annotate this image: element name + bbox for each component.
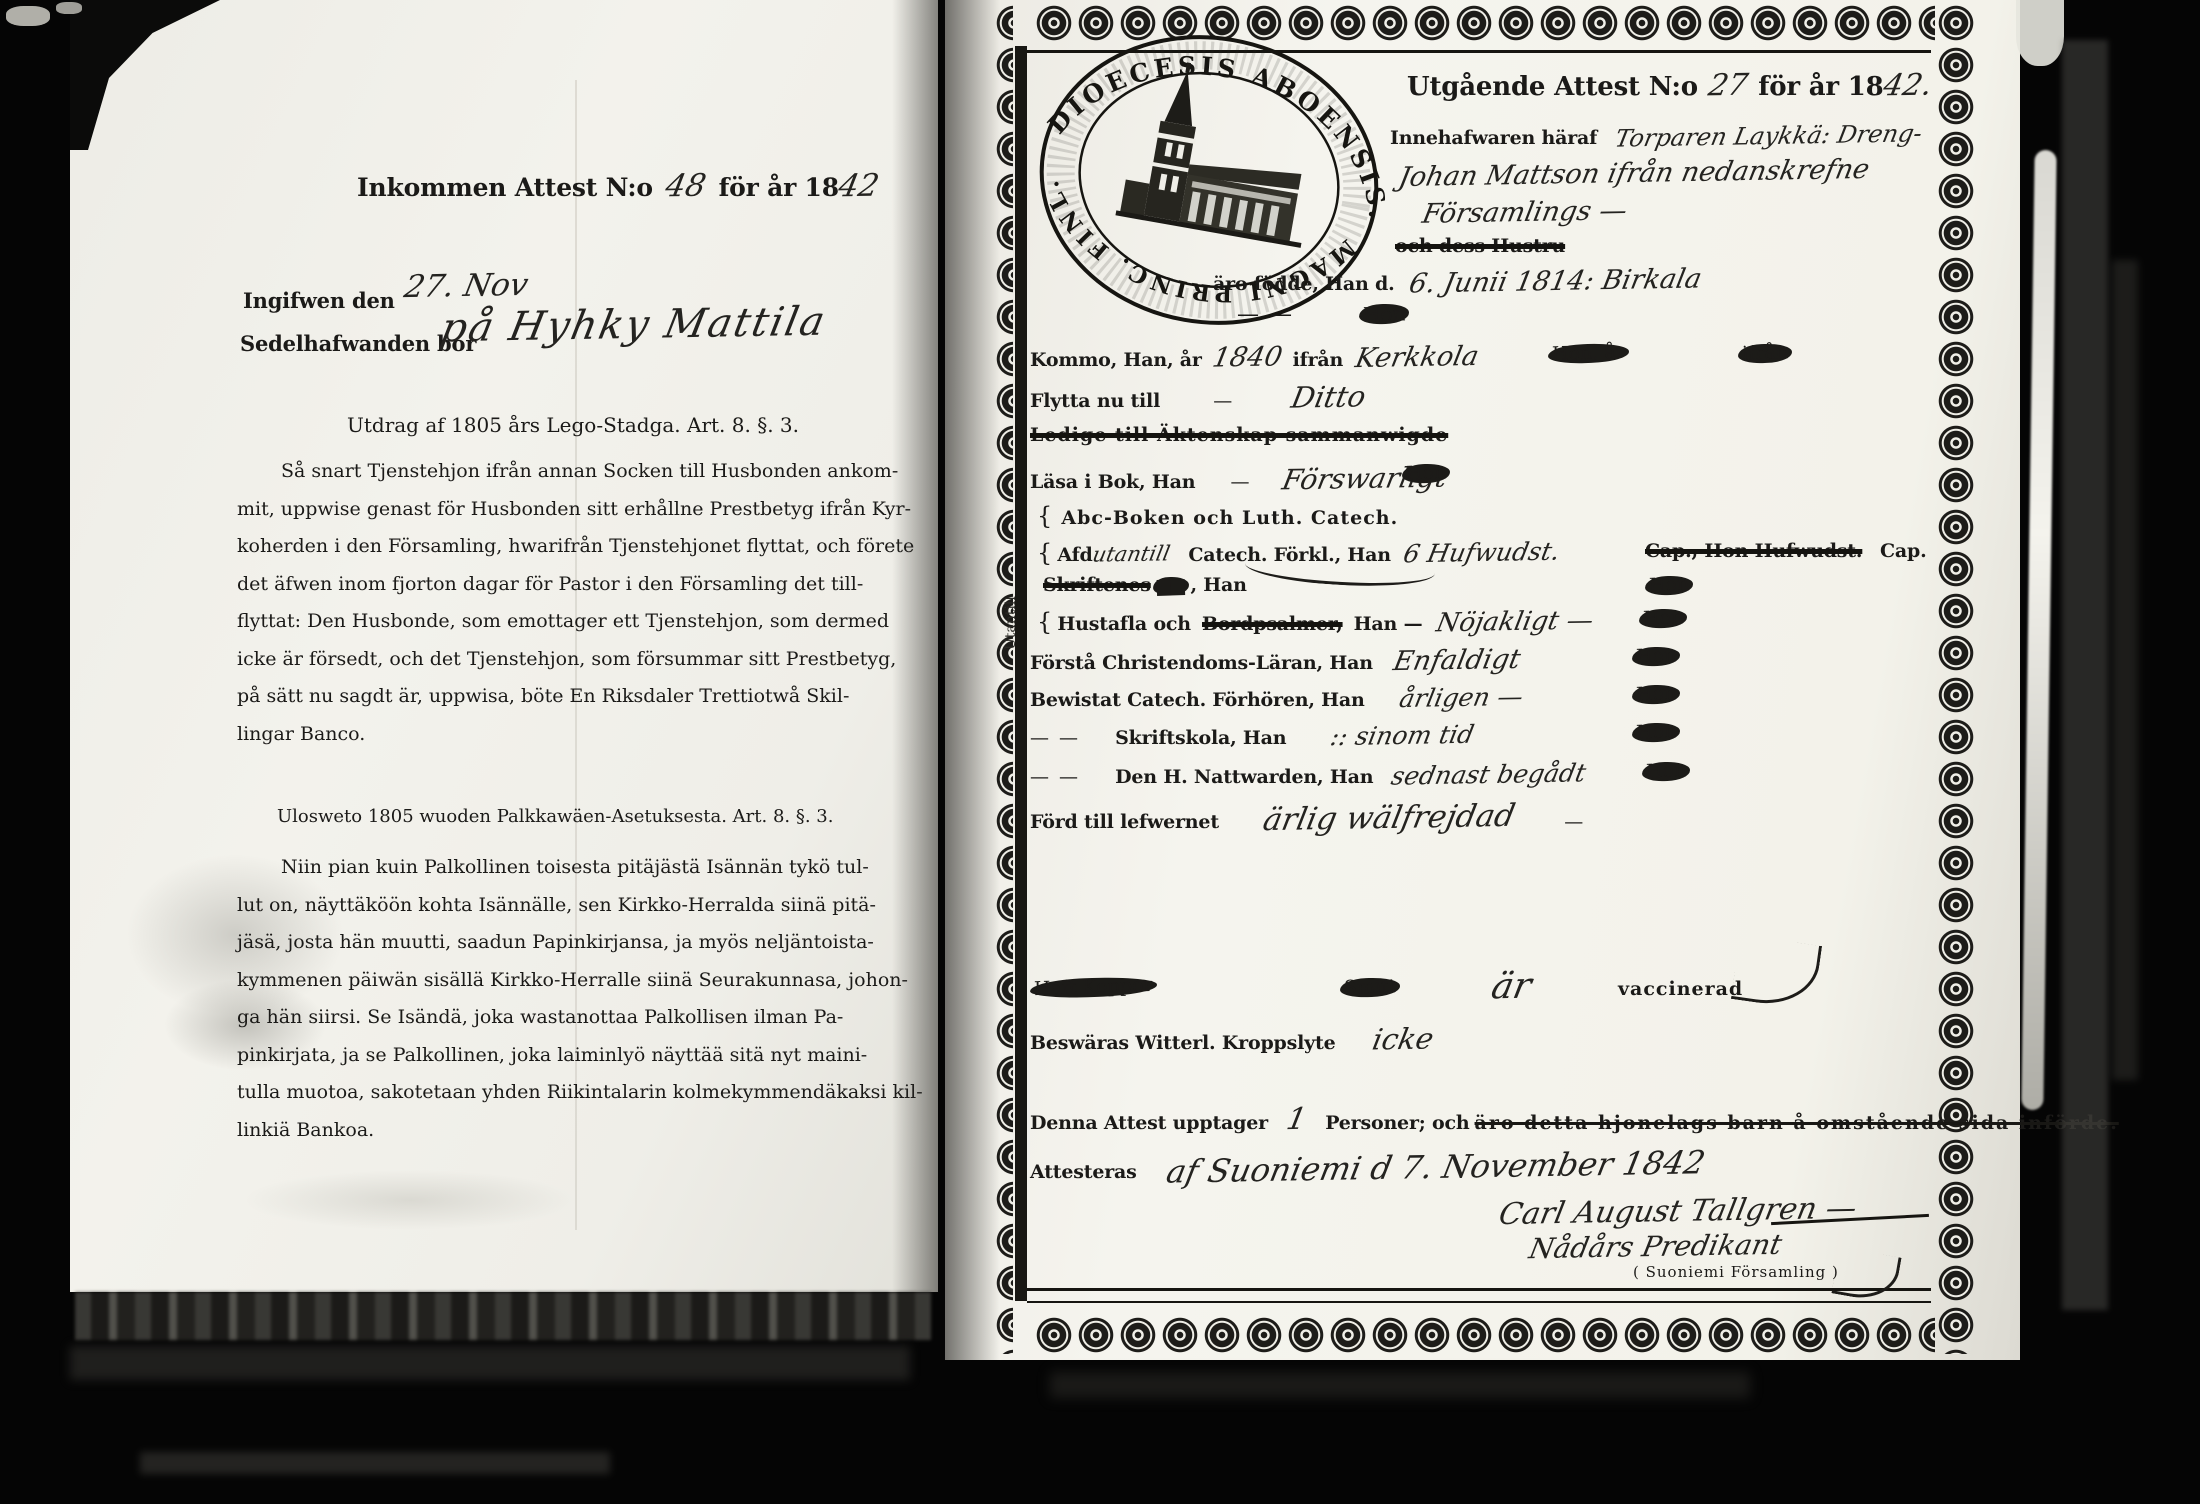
reading-hon-struck: Hon [1402, 463, 1451, 484]
came-row: Kommo, Han, år 1840 ifrån Kerkkola Hon, … [1030, 342, 1930, 373]
born-row: äro födde, Han d. 6. Junii 1814: Birkala [1213, 266, 1700, 297]
paragraph-line: koherden i den Församling, hwarifrån Tje… [237, 535, 887, 573]
communion-dashes: — — [1030, 766, 1080, 788]
moves-dash: — [1213, 390, 1232, 412]
born-hon-row: — — Hon [1237, 302, 1409, 327]
signature-title-handwritten: Nådårs Predikant [1526, 1228, 1784, 1265]
right-header-year-handwritten: 42. [1880, 68, 1935, 104]
paragraph-line: på sätt nu sagdt är, uppwisa, böte En Ri… [237, 685, 887, 723]
abc-label: Abc-Boken och Luth. Catech. [1061, 507, 1398, 529]
spouse-struck-label: och dess Hustru [1395, 235, 1565, 257]
received-value: 27. Nov [405, 268, 527, 304]
page-bottom-edge [75, 1292, 931, 1340]
paragraph-line: lut on, näyttäköön kohta Isännälle, sen … [237, 894, 887, 932]
torn-corner [70, 0, 220, 150]
signature-handwritten: Carl August Tallgren — [1496, 1191, 1860, 1232]
received-label: Ingifwen den [243, 288, 395, 313]
right-header-number-handwritten: 27 [1706, 68, 1751, 104]
confirmation-value-handwritten: :: sinom tid [1328, 720, 1477, 751]
attended-row: Bewistat Catech. Förhören, Han årligen —… [1030, 683, 1930, 712]
brace-glyph: { [1037, 608, 1052, 636]
holder-row2: Johan Mattson ifrån nedanskrefne [1400, 158, 1868, 189]
came-from-label: ifrån [1293, 349, 1344, 371]
holder-name-handwritten: Johan Mattson ifrån nedanskrefne [1396, 154, 1872, 193]
attestation-row: Attesteras af Suoniemi d 7. November 184… [1030, 1148, 1703, 1186]
count-row: Denna Attest upptager 1 Personer; och är… [1030, 1102, 2119, 1137]
paragraph-line: mit, uppwise genast för Husbonden sitt e… [237, 498, 887, 536]
script-hon-struck: Hon [1645, 575, 1694, 596]
scripture-row: Skriftenes▆▆, Han Hon [1043, 574, 1943, 596]
statute-sv-paragraph: Så snart Tjenstehjon ifrån annan Socken … [237, 460, 887, 760]
statute-fi-heading-text: Ulosweto 1805 wuoden Palkkawäen-Asetukse… [277, 806, 833, 827]
confirmation-row: — — Skriftskola, Han :: sinom tid Hon [1030, 721, 1930, 750]
understanding-label: Förstå Christendoms-Läran, Han [1030, 652, 1373, 674]
hustafla-label: Hustafla och [1057, 613, 1191, 635]
attestation-label: Attesteras [1030, 1161, 1137, 1183]
holder-value: på Hyhky Mattila [442, 302, 825, 348]
holder-parish-handwritten: Församlings — [1420, 195, 1630, 230]
hustafla-han: Han — [1354, 613, 1423, 635]
paragraph-line: Så snart Tjenstehjon ifrån annan Socken … [237, 460, 887, 498]
paper-speck [6, 6, 50, 26]
came-from-handwritten: Kerkkola [1353, 341, 1482, 374]
vaccination-printed: vaccinerad [1618, 978, 1743, 1000]
count-struck: äro detta hjonelags barn å omstående sid… [1475, 1112, 2119, 1134]
moves-label: Flytta nu till [1030, 390, 1160, 412]
script-label: , Han [1190, 574, 1246, 596]
understanding-value-handwritten: Enfaldigt [1391, 644, 1523, 677]
came-label: Kommo, Han, år [1030, 349, 1202, 371]
marriage-row: Ledige till Äktenskap sammanwigde [1030, 424, 1448, 446]
paragraph-line: ga hän siirsi. Se Isändä, joka wastanott… [237, 1006, 887, 1044]
conduct-label: Förd till lefwernet [1030, 811, 1219, 833]
conduct-dash: — [1564, 811, 1583, 833]
catech-prefix: Afd [1057, 544, 1092, 566]
paragraph-line: kymmenen päiwän sisällä Kirkko-Herralle … [237, 969, 887, 1007]
holder-row3: Församlings — [1423, 197, 1626, 228]
communion-label: Den H. Nattwarden, Han [1115, 766, 1373, 788]
pox-struck: Haft Koppor [1030, 976, 1157, 999]
attended-label: Bewistat Catech. Förhören, Han [1030, 689, 1365, 711]
shadow-streak [70, 1346, 910, 1380]
brace-glyph: { [1037, 539, 1052, 567]
born-hon-struck: Hon [1359, 303, 1410, 325]
holder-value-handwritten: Torparen Laykkä: Dreng- [1613, 119, 1925, 152]
statute-sv-heading-text: Utdrag af 1805 års Lego-Stadga. Art. 8. … [347, 413, 799, 437]
right-header-printed-mid: för år 18 [1758, 72, 1883, 102]
received-line: Ingifwen den [243, 288, 395, 313]
frame-rule-bottom [1027, 1288, 1931, 1303]
came-hon-struck: Hon, år [1548, 343, 1629, 365]
confirmation-hon-struck: Hon [1632, 722, 1681, 743]
script-smear: ▆▆ [1152, 576, 1188, 595]
paragraph-line: lingar Banco. [237, 723, 887, 761]
paragraph-line: linkiä Bankoa. [237, 1119, 887, 1157]
statute-sv-heading: Utdrag af 1805 års Lego-Stadga. Art. 8. … [347, 413, 799, 437]
paragraph-line: det äfwen inom fjorton dagar för Pastor … [237, 573, 887, 611]
spouse-row: och dess Hustru [1395, 235, 1565, 257]
came-ifran-struck: ifrån [1738, 343, 1792, 364]
right-header-printed-prefix: Utgående Attest N:o [1407, 72, 1698, 102]
reading-row: Läsa i Bok, Han — Förswarligt Hon [1030, 462, 1930, 495]
brace-glyph: { [1037, 502, 1052, 530]
conduct-row: Förd till lefwernet ärlig wälfrejdad — [1030, 800, 1583, 836]
vaccination-ar-handwritten: är [1488, 966, 1535, 1008]
count-label1: Denna Attest upptager [1030, 1112, 1268, 1134]
catechism-row: { Afdutantill Catech. Förkl., Han 6 Hufw… [1037, 538, 1937, 567]
stain [190, 1160, 630, 1240]
shadow-streak [140, 1452, 610, 1474]
paragraph-line: flyttat: Den Husbonde, som emottager ett… [237, 610, 887, 648]
ornament-border-bottom [1033, 1314, 1935, 1356]
paragraph-line: tulla muotoa, sakotetaan yhden Riikintal… [237, 1081, 887, 1119]
ornament-border-left [993, 2, 1013, 1354]
understanding-hon-struck: Hon [1632, 646, 1681, 667]
count-value-handwritten: 1 [1284, 1102, 1310, 1137]
utantill-text: Utantill [1003, 596, 1019, 650]
communion-hon-struck: Hon [1642, 761, 1691, 782]
attestation-value-handwritten: af Suoniemi d 7. November 1842 [1163, 1143, 1708, 1190]
left-title: Inkommen Attest N:o 48 för år 1842 [357, 168, 878, 204]
catech-struck: Cap., Hon Hufwudst. [1645, 540, 1862, 562]
stamp-text: ( Suoniemi Församling ) [1633, 1263, 1839, 1281]
holder-place-handwritten: på Hyhky Mattila [437, 299, 831, 352]
left-page: Inkommen Attest N:o 48 för år 1842 Ingif… [70, 0, 938, 1292]
right-page: DIOECESIS ABOENSIS. MAGNI PRINC. FINL. [945, 0, 2020, 1360]
defect-value-handwritten: icke [1369, 1021, 1436, 1056]
flourish-curve [1731, 935, 1822, 1011]
catech-hw-insert: utantill [1090, 541, 1172, 566]
utantill-side-label: Utantill [1003, 500, 1019, 650]
moves-value-handwritten: Ditto [1289, 379, 1369, 414]
hustafla-hon-struck: Hon [1639, 608, 1688, 629]
born-label: äro födde, Han d. [1213, 273, 1395, 295]
catech-cap2: Cap. [1880, 540, 1927, 562]
hustafla-row: { Hustafla och Bordpsalmer, Han — Nöjakl… [1037, 607, 1937, 637]
reading-dash: — [1230, 471, 1249, 493]
hustafla-struck: Bordpsalmer, [1202, 613, 1343, 635]
paragraph-line: icke är försedt, och det Tjenstehjon, so… [237, 648, 887, 686]
understanding-row: Förstå Christendoms-Läran, Han Enfaldigt… [1030, 645, 1930, 676]
smitt-struck: Smitt [1340, 977, 1401, 998]
right-header: Utgående Attest N:o 27 för år 1842. [1407, 68, 1931, 103]
defect-row: Beswäras Witterl. Kroppslyte icke [1030, 1022, 1433, 1056]
communion-row: — — Den H. Nattwarden, Han sednast begåd… [1030, 760, 1930, 789]
ornament-border-right [1935, 2, 1979, 1354]
paper-speck [56, 2, 82, 14]
paragraph-line: Niin pian kuin Palkollinen toisesta pitä… [237, 856, 887, 894]
abc-row: { Abc-Boken och Luth. Catech. [1037, 502, 1398, 530]
left-title-printed-mid: för år 18 [719, 173, 839, 202]
paragraph-line: jäsä, josta hän muutti, saadun Papinkirj… [237, 931, 887, 969]
script-struck: Skriftenes [1043, 574, 1151, 596]
fore-edge-sliver [2021, 150, 2056, 1110]
defect-label: Beswäras Witterl. Kroppslyte [1030, 1032, 1335, 1054]
fore-edge-gray2 [2112, 260, 2138, 1080]
moves-row: Flytta nu till — Ditto [1030, 380, 1366, 414]
scanned-book-opening: Inkommen Attest N:o 48 för år 1842 Ingif… [0, 0, 2200, 1504]
came-year-handwritten: 1840 [1210, 341, 1285, 373]
shadow-streak [1050, 1372, 1750, 1398]
reading-label: Läsa i Bok, Han [1030, 471, 1195, 493]
attended-value-handwritten: årligen — [1397, 682, 1526, 713]
left-title-printed-prefix: Inkommen Attest N:o [357, 173, 653, 202]
hustafla-value-handwritten: Nöjakligt — [1434, 606, 1596, 639]
confirmation-dashes: — — [1030, 727, 1080, 749]
received-date-handwritten: 27. Nov [401, 267, 531, 305]
stamp-row: ( Suoniemi Församling ) [1633, 1262, 1839, 1281]
fore-edge-gray [2062, 40, 2108, 1310]
marriage-struck-label: Ledige till Äktenskap sammanwigde [1030, 424, 1448, 446]
confirmation-label: Skriftskola, Han [1115, 727, 1286, 749]
born-date-handwritten: 6. Junii 1814: Birkala [1406, 263, 1704, 299]
count-label2: Personer; och [1325, 1112, 1469, 1134]
born-dashes: — — [1237, 302, 1294, 327]
statute-fi-paragraph: Niin pian kuin Palkollinen toisesta pitä… [237, 856, 887, 1156]
conduct-value-handwritten: ärlig wälfrejdad [1260, 798, 1518, 838]
innehafwaren-label: Innehafwaren häraf [1390, 127, 1597, 149]
statute-fi-heading: Ulosweto 1805 wuoden Palkkawäen-Asetukse… [277, 806, 833, 827]
communion-value-handwritten: sednast begådt [1389, 758, 1589, 790]
left-title-number-handwritten: 48 [662, 168, 709, 205]
signature-title-row: Nådårs Predikant [1530, 1230, 1781, 1263]
attended-hon-struck: Hon [1632, 684, 1681, 705]
holder-row: Innehafwaren häraf Torparen Laykkä: Dren… [1390, 122, 1921, 150]
page-corner-highlight [2016, 0, 2064, 66]
signature-row: Carl August Tallgren — [1500, 1194, 1856, 1229]
paragraph-line: pinkirjata, ja se Palkollinen, joka laim… [237, 1044, 887, 1082]
left-title-year-handwritten: 42 [835, 168, 882, 205]
